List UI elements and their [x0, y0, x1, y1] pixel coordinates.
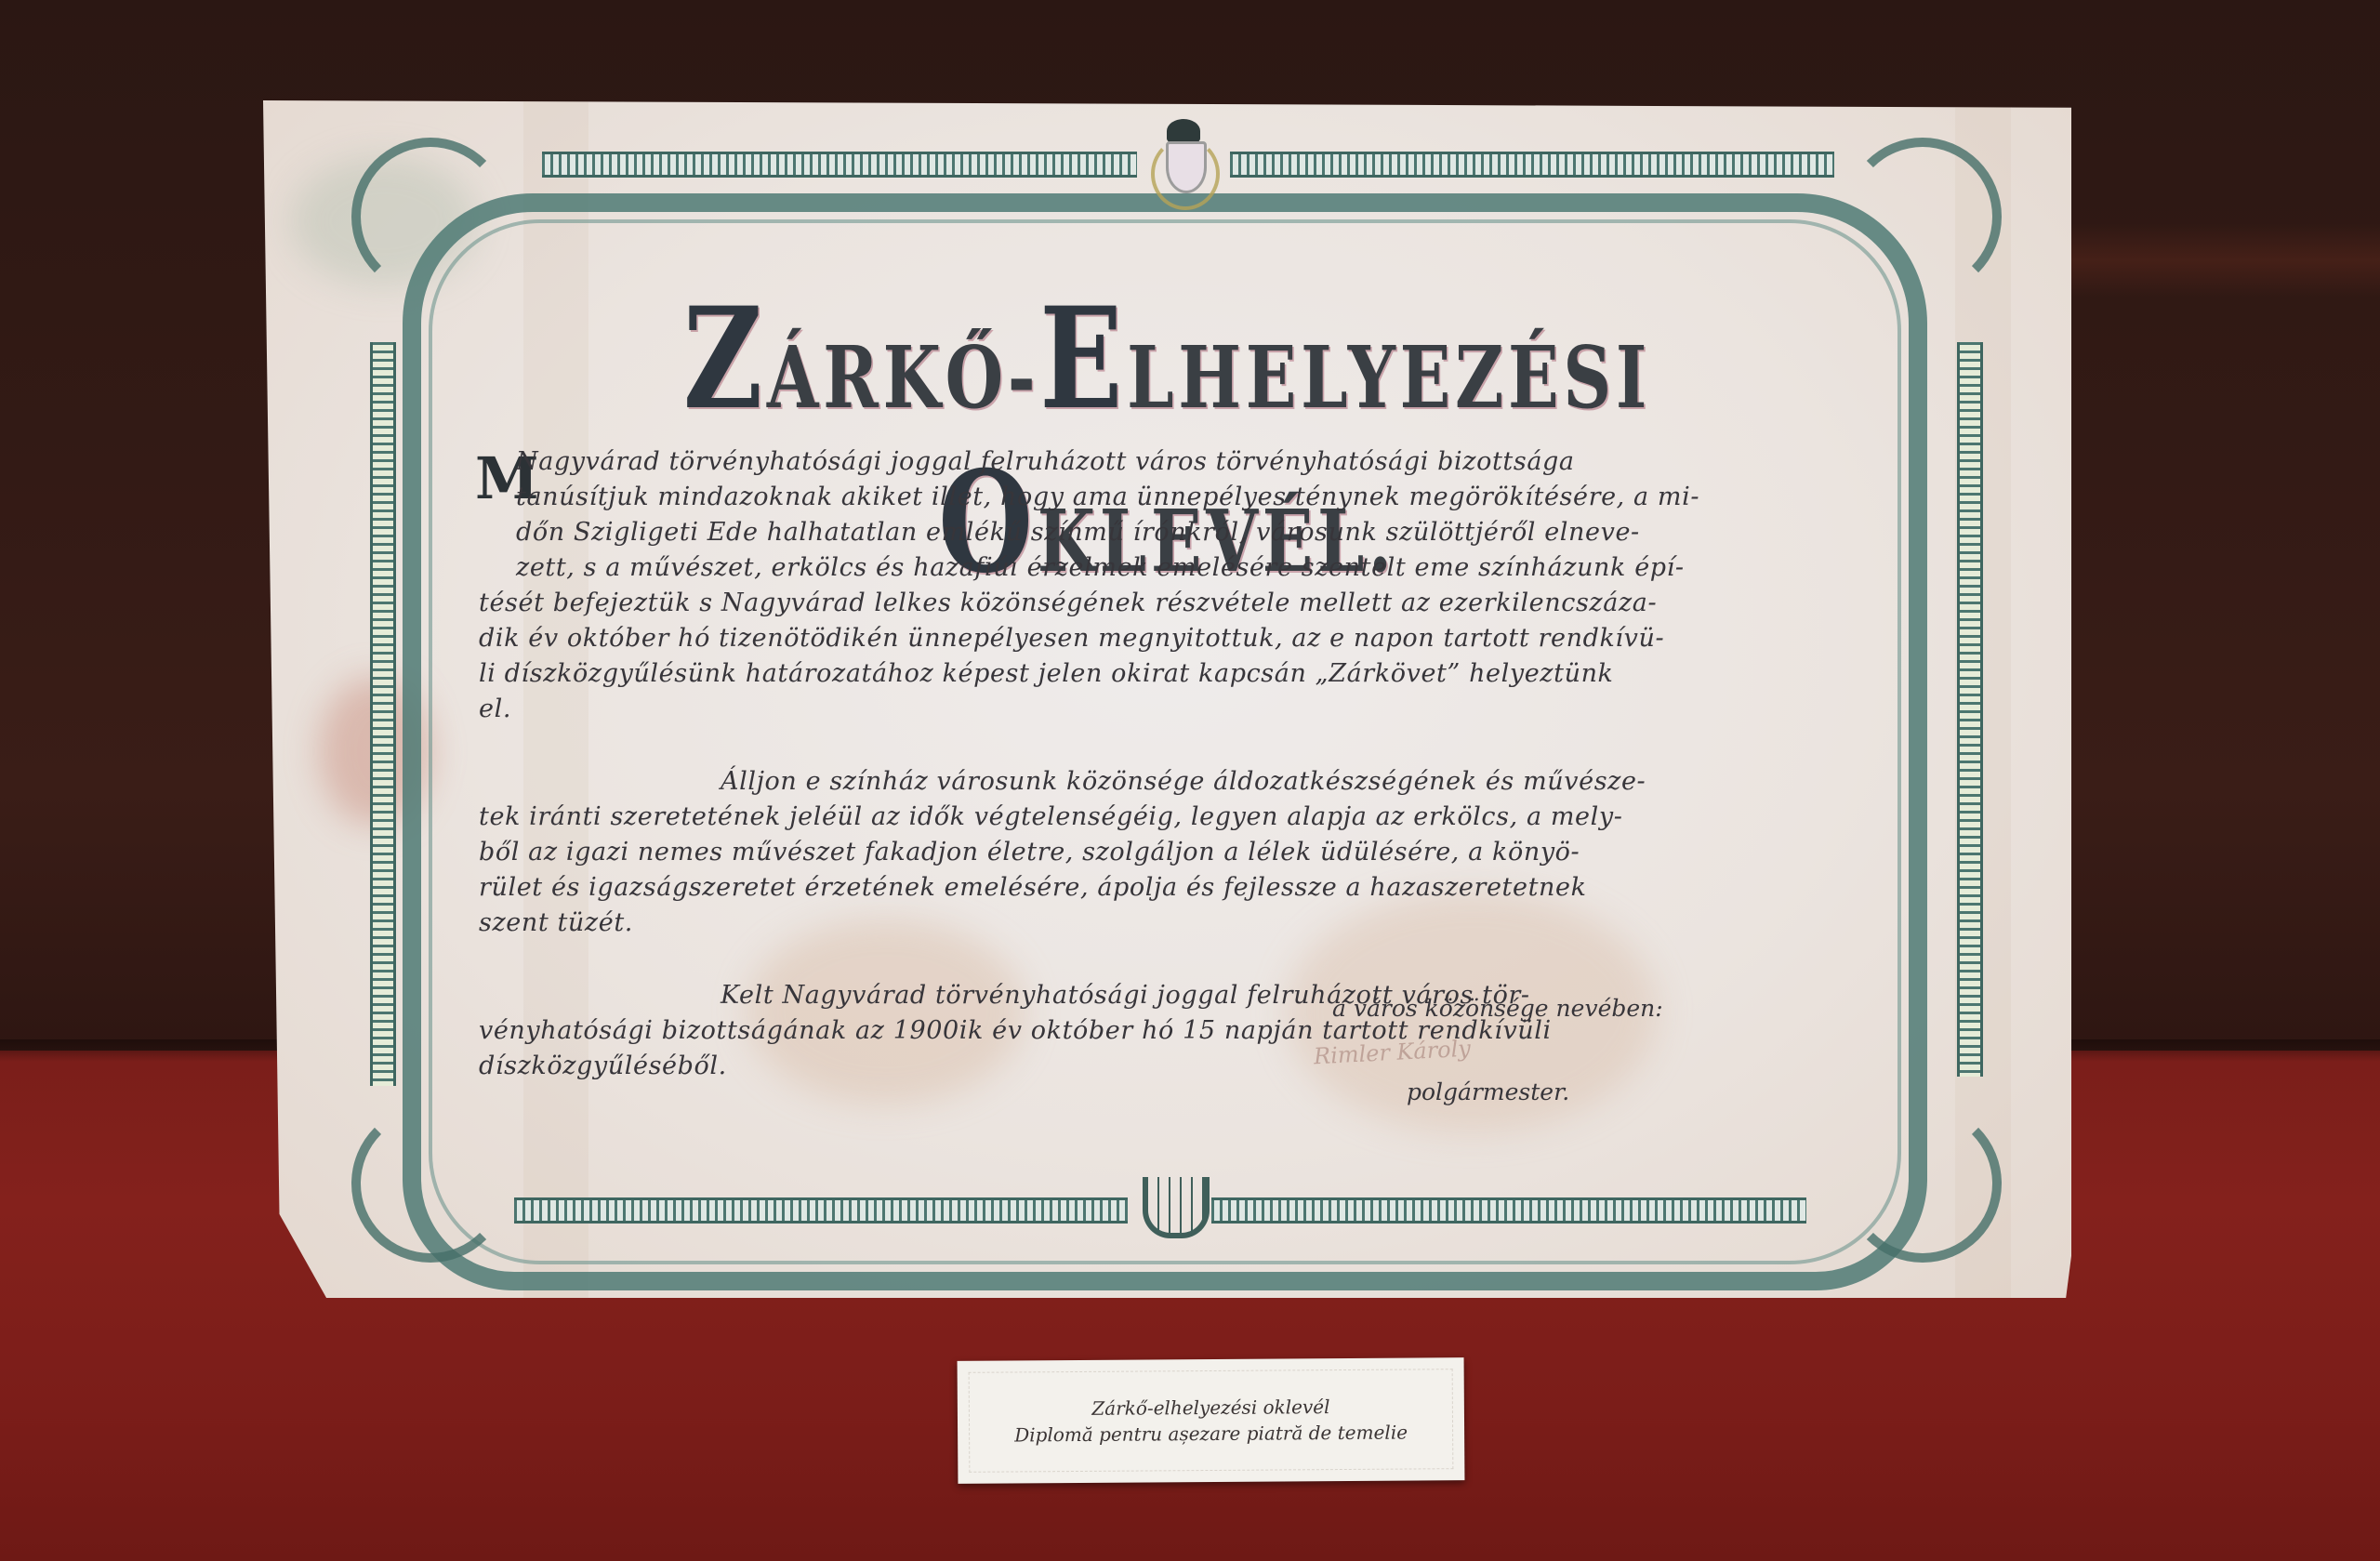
corner-scroll-bottom-right [1844, 1105, 2002, 1263]
bottom-rail-right [1211, 1197, 1806, 1224]
text-line: ből az igazi nemes művészet fakadjon éle… [479, 835, 1818, 870]
bottom-rail-left [514, 1197, 1128, 1224]
corner-scroll-top-left [351, 138, 509, 296]
signatory-title: polgármester. [1407, 1078, 1569, 1105]
text-line: dik év október hó tizenötödikén ünnepély… [479, 621, 1818, 656]
text-line: tek iránti szeretetének jeléül az idők v… [479, 800, 1818, 835]
text-line: tanúsítjuk mindazoknak akiket illet, hog… [479, 480, 1818, 515]
top-rail-left [542, 152, 1137, 178]
lyre-icon [1143, 1177, 1210, 1238]
title-initial: Z [683, 277, 767, 441]
certificate-body: Nagyvárad törvényhatósági joggal felruhá… [479, 444, 1818, 1084]
title-word: LHELYEZÉSI [1127, 327, 1651, 428]
corner-scroll-top-right [1844, 138, 2002, 296]
closing-phrase: a város közönsége nevében: [1332, 995, 1663, 1022]
text-line: szent tüzét. [479, 906, 1818, 941]
paragraph-1: Nagyvárad törvényhatósági joggal felruhá… [479, 444, 1818, 727]
title-word: ÁRKŐ- [767, 327, 1039, 428]
text-line: tését befejeztük s Nagyvárad lelkes közö… [479, 586, 1818, 621]
text-line: Álljon e színház városunk közönsége áldo… [479, 764, 1818, 800]
top-rail-right [1230, 152, 1834, 178]
corner-scroll-bottom-left [351, 1105, 509, 1263]
text-line: rület és igazságszeretet érzetének emelé… [479, 870, 1818, 906]
text-line: zett, s a művészet, erkölcs és hazafiúi … [479, 550, 1818, 586]
left-rail [370, 342, 396, 1086]
text-line: el. [479, 692, 1818, 727]
museum-caption-card: Zárkő-elhelyezési oklevél Diplomă pentru… [958, 1357, 1465, 1484]
wall-reflection [2045, 223, 2380, 298]
title-initial: E [1039, 277, 1127, 441]
caption-romanian: Diplomă pentru așezare piatră de temelie [1014, 1420, 1408, 1449]
paragraph-2: Álljon e színház városunk közönsége áldo… [479, 764, 1818, 941]
text-line: dőn Szigligeti Ede halhatatlan emlékű sz… [479, 515, 1818, 550]
text-line: li díszközgyűlésünk határozatához képest… [479, 656, 1818, 692]
text-line: díszközgyűléséből. [479, 1049, 1818, 1084]
crowned-coat-of-arms-icon [1151, 119, 1216, 203]
text-line: Nagyvárad törvényhatósági joggal felruhá… [479, 444, 1818, 480]
certificate-paper: ZÁRKŐ-ELHELYEZÉSI OKLEVÉL. M Nagyvárad t… [263, 100, 2071, 1298]
caption-hungarian: Zárkő-elhelyezési oklevél [1091, 1394, 1329, 1422]
right-rail [1957, 342, 1983, 1077]
